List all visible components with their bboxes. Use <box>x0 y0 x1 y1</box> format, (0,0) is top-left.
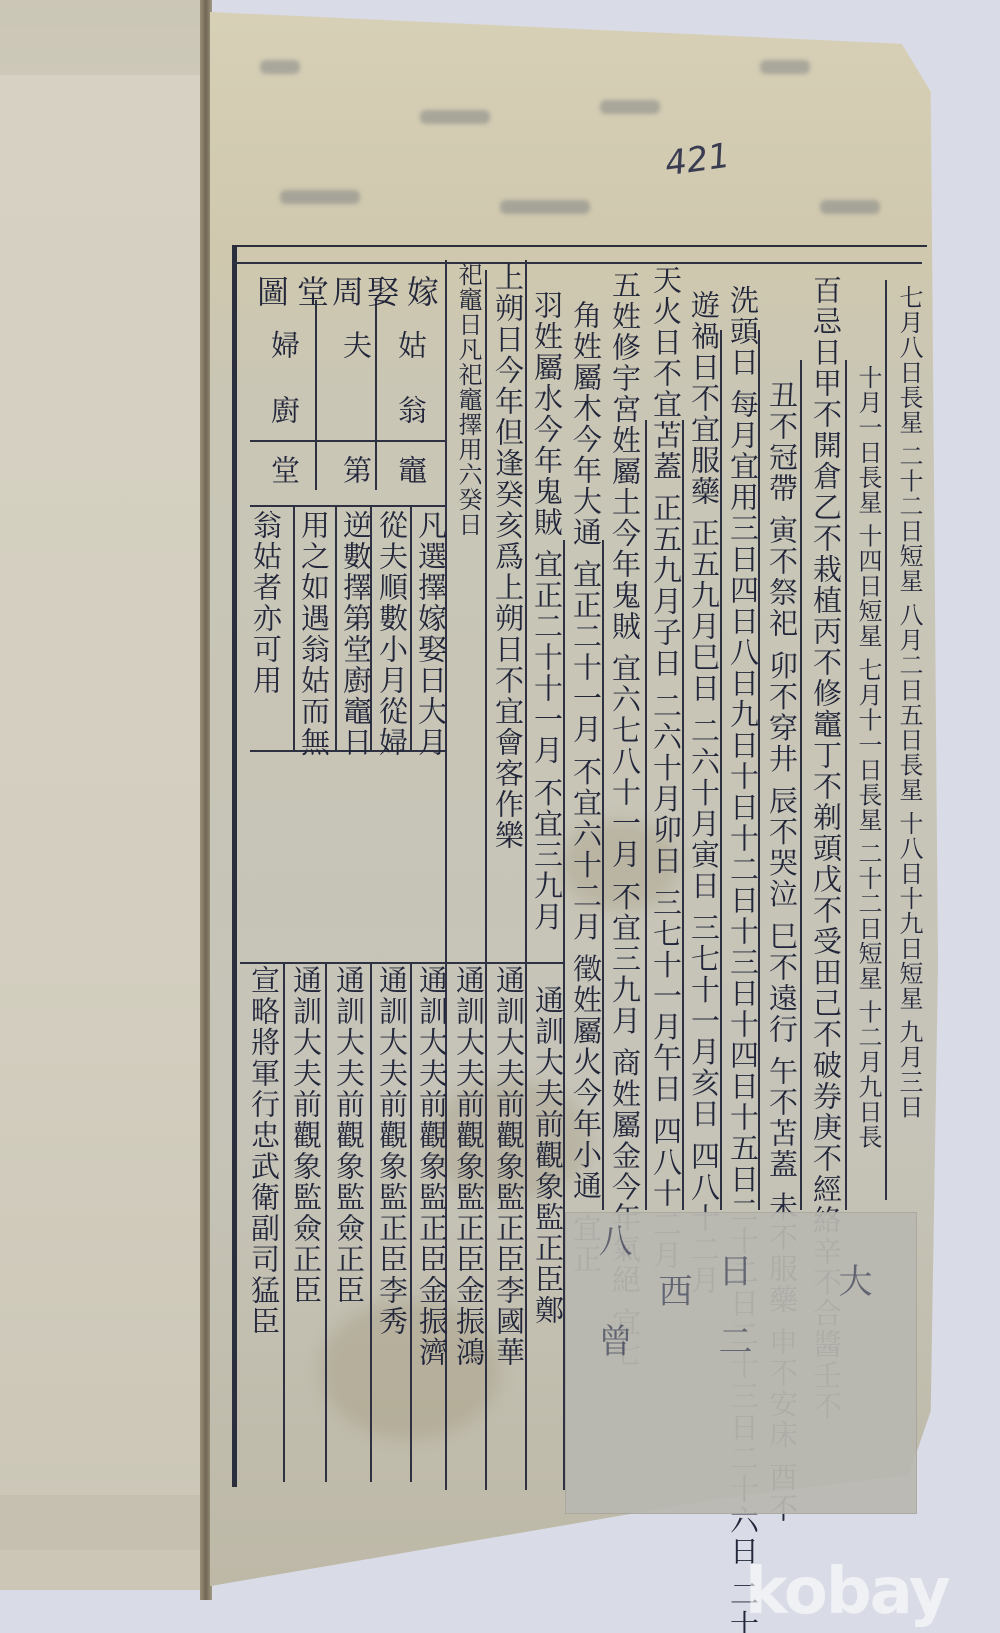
patch-glyph: 二 <box>716 1323 748 1359</box>
table-cell-tang: 堂 <box>268 455 300 486</box>
bleed-through-mark <box>260 60 300 74</box>
table-rule <box>335 505 337 750</box>
table-cell-chu: 廚 <box>268 395 300 426</box>
official-row-6: 通訓大夫前觀象監僉正臣 <box>333 965 365 1306</box>
official-row-1: 通訓大夫前觀象監正臣鄭 <box>532 985 564 1326</box>
column-rule <box>283 962 285 1482</box>
left-page-bottom-band <box>0 1495 205 1550</box>
patch-glyph: 西 <box>656 1273 688 1309</box>
calendar-column-11: 上朔日今年但逢癸亥爲上朔日不宜會客作樂 <box>492 262 524 962</box>
table-cell-weng: 翁 <box>395 395 427 426</box>
calendar-column-8: 五姓修宇宮姓屬土今年鬼賊 宜六七八十一月 不宜三九月 商姓屬金今年氣絕 宜七 <box>609 270 641 1210</box>
column-rule <box>410 962 412 1482</box>
table-rule <box>250 505 445 507</box>
patch-glyph: 日 <box>716 1253 748 1289</box>
table-rule <box>250 440 445 442</box>
column-rule <box>645 420 647 1210</box>
table-cell-gu: 姑 <box>395 330 427 361</box>
column-rule <box>325 962 327 1482</box>
marriage-table-header-4: 堂 <box>295 275 327 313</box>
table-cell-di: 第 <box>340 455 372 486</box>
table-cell-fu: 夫 <box>340 330 372 361</box>
kobay-watermark: kobay <box>745 1555 949 1629</box>
left-blank-page <box>0 0 208 1590</box>
bleed-through-mark <box>760 60 810 74</box>
calendar-column-10: 羽姓屬水今年鬼賊 宜正二十十一月 不宜三九月 <box>531 290 563 990</box>
calendar-column-4: 丑不冠帶 寅不祭祀 卯不穿井 辰不哭泣 巳不遠行 午不苫蓋 未不服藥 申不安床 … <box>766 380 798 1210</box>
table-cell-zao: 竈 <box>395 455 427 486</box>
table-cell-fu-wife: 婦 <box>268 330 300 361</box>
patch-glyph: 八 <box>596 1223 628 1259</box>
section-rule <box>240 962 565 964</box>
official-row-2: 通訓大夫前觀象監正臣李國華 <box>493 965 525 1368</box>
calendar-column-12: 祀竈日凡祀竈擇用六癸日 <box>452 262 484 962</box>
calendar-column-1: 七月八日長星 二十二日短星 八月二日五日長星 十八日十九日短星 九月三日 <box>893 285 925 1205</box>
calendar-column-9: 角姓屬木今年大通 宜正二十一月 不宜六十二月 徵姓屬火今年小通 宜正 <box>570 300 602 1240</box>
patch-glyph: 曾 <box>596 1323 628 1359</box>
bleed-through-mark <box>500 200 590 214</box>
official-row-8: 宣略將軍行忠武衛副司猛臣 <box>248 965 280 1337</box>
marriage-note-3: 逆數擇第堂廚竈日 <box>340 510 372 758</box>
bleed-through-mark <box>600 100 660 114</box>
marriage-note-5: 翁姑者亦可用 <box>250 510 282 696</box>
column-rule <box>370 962 372 1482</box>
left-page-top-band <box>0 0 205 75</box>
bleed-through-mark <box>280 190 360 204</box>
marriage-table-header-3: 周 <box>330 275 362 313</box>
calendar-column-5: 洗頭日 每月宜用三日四日八日九日十日十二日十三日十四日十五日二十二日二十三日二十… <box>727 285 759 1205</box>
bleed-through-mark <box>420 110 490 124</box>
column-rule <box>800 360 802 1210</box>
official-row-7: 通訓大夫前觀象監僉正臣 <box>290 965 322 1306</box>
table-rule <box>410 505 412 750</box>
table-rule <box>293 505 295 750</box>
official-row-5: 通訓大夫前觀象監正臣李秀 <box>376 965 408 1337</box>
table-rule <box>315 300 317 490</box>
marriage-table-header-1: 嫁 <box>405 275 437 313</box>
calendar-column-2: 十月一日長星 十四日短星 七月十一日長星 二十二日短星 十二月九日長 <box>852 365 884 1215</box>
paper-repair-patch: 大 日 二 西 八 曾 <box>565 1212 917 1514</box>
bleed-through-mark <box>820 200 880 214</box>
marriage-note-4: 用之如遇翁姑而無 <box>298 510 330 758</box>
calendar-column-3: 百忌日甲不開倉乙不栽植丙不修竈丁不剃頭戊不受田己不破券庚不經絡辛不合醬壬不 <box>810 275 842 1215</box>
marriage-table-header-5: 圖 <box>255 275 287 313</box>
calendar-column-7: 天火日不宜苫蓋 正五九月子日 二六十月卯日 三七十一月午日 四八十二月 <box>650 265 682 1205</box>
column-rule <box>845 360 847 1210</box>
column-rule <box>885 280 887 1200</box>
patch-glyph: 大 <box>836 1263 868 1299</box>
marriage-table-header-2: 娶 <box>365 275 397 313</box>
calendar-column-6: 遊禍日不宜服藥 正五九月巳日 二六十月寅日 三七十一月亥日 四八十二月 <box>688 290 720 1210</box>
official-row-3: 通訓大夫前觀象監正臣金振鴻 <box>453 965 485 1368</box>
marriage-note-1: 凡選擇嫁娶日大月 <box>415 510 447 758</box>
table-rule <box>375 300 377 490</box>
official-row-4: 通訓大夫前觀象監正臣金振濟 <box>416 965 448 1368</box>
marriage-note-2: 從夫順數小月從婦 <box>376 510 408 758</box>
frame-top-rule <box>232 262 922 264</box>
